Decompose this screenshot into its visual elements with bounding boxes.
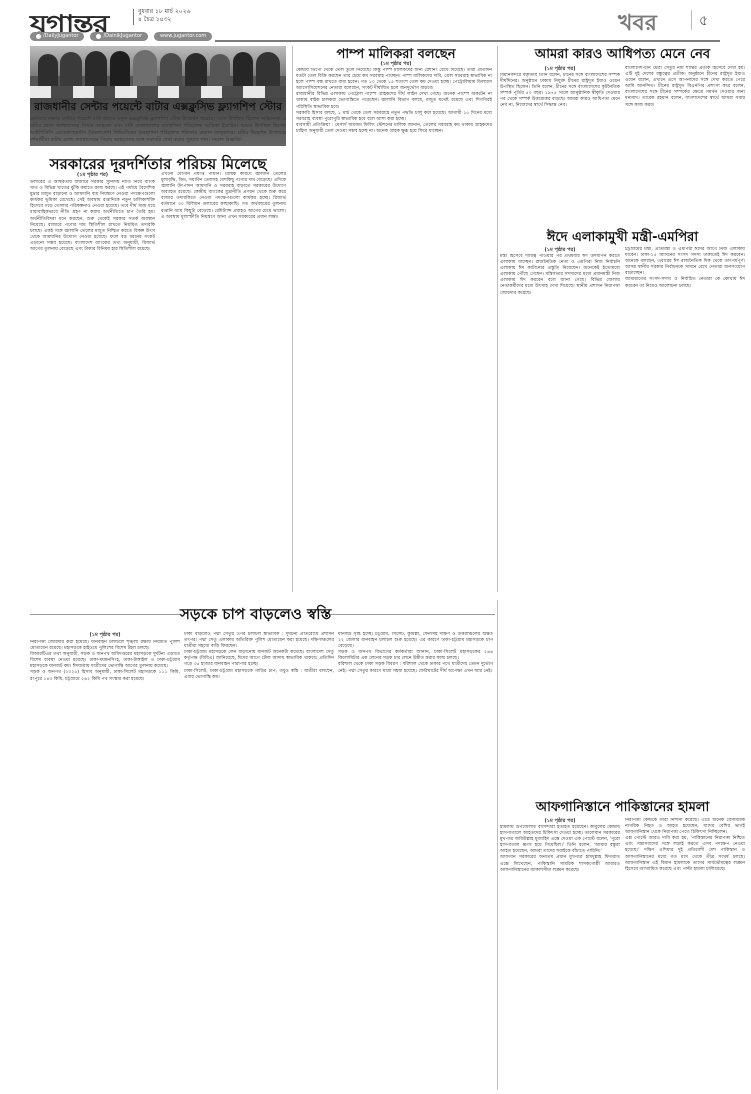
afghan-col-1: হামলায় উপজেলার বাসিন্দারা হতাহত হয়েছেন… xyxy=(500,825,620,1090)
social-links: /DailyJugantor /DainikJugantor www.jugan… xyxy=(30,32,212,41)
sarkar-text-1: ডলারের এ অস্থিরতায় বাজারে সরকার সুনির্দ… xyxy=(30,180,155,253)
sadak-col-3: যানজট সৃষ্টি হচ্ছে। চট্টগ্রাম, সিলেট, কু… xyxy=(338,632,493,1090)
facebook-icon xyxy=(36,34,41,39)
facebook-link[interactable]: /DailyJugantor xyxy=(30,32,84,41)
sadak-col-1: নিরাপত্তা জোরদার করা হয়েছে। যানবাহন চলা… xyxy=(30,640,180,1090)
eid-text-2: চট্টগ্রামের মন্ত্রী, প্রতিমন্ত্রী ও এমপি… xyxy=(625,247,745,290)
section-name: খবর xyxy=(618,6,657,43)
eid-text-1: মন্ত্রী হিসেবে দায়িত্ব পাওয়ার পর প্রথম… xyxy=(500,254,620,297)
column-divider xyxy=(497,600,498,1090)
date-gregorian: বুধবার ১৮ মার্চ ২০২৬ xyxy=(138,8,191,16)
sarkar-col-1: ডলারের এ অস্থিরতায় বাজারে সরকার সুনির্দ… xyxy=(30,180,155,590)
date-separator xyxy=(133,9,134,25)
page-separator xyxy=(691,10,692,30)
afghan-text-2: নিরাপত্তা কেন্দ্রকে তারা নিশানা করেছে। এ… xyxy=(625,818,745,873)
afghan-col-2: নিরাপত্তা কেন্দ্রকে তারা নিশানা করেছে। এ… xyxy=(625,818,745,1090)
amra-text-1: বিমানবন্দরে বক্তৃতায় তিনি বলেন, চীনের স… xyxy=(500,73,620,110)
website-label: www.jugantor.com xyxy=(160,33,206,40)
headline-amra[interactable]: আমরা কারও আধিপত্য মেনে নেব xyxy=(500,45,745,66)
headline-afghan[interactable]: আফগানিস্তানে পাকিস্তানের হামলা xyxy=(500,798,745,819)
pump-text: কেন্দ্রীয় ডিপো থেকে তেল তুলে নিয়েছে। ক… xyxy=(296,68,492,135)
sarkar-col-2: এখনো যোগান পর্যাপ্ত পায়নি। বৈশ্বিক কারণ… xyxy=(161,172,286,590)
headline-eid[interactable]: ঈদে এলাকামুখী মন্ত্রী-এমপিরা xyxy=(500,228,745,249)
amra-text-2: বাংলাদেশ-চীন মৈত্রী সেতুর নাম শান্তির প্… xyxy=(625,66,745,109)
column-divider xyxy=(497,46,498,592)
date-bangla: ৪ চৈত্র ১৪৩২ xyxy=(138,16,191,24)
photo-caption: রোববার ঢাকার সেন্টার পয়েন্টে বাটা তাদের… xyxy=(30,116,286,144)
youtube-label: /DainikJugantor xyxy=(103,33,142,40)
amra-col-2: বাংলাদেশ-চীন মৈত্রী সেতুর নাম শান্তির প্… xyxy=(625,66,745,221)
continued-sadak: (১ম পৃষ্ঠার পর) xyxy=(30,632,180,640)
date-block: বুধবার ১৮ মার্চ ২০২৬ ৪ চৈত্র ১৪৩২ xyxy=(138,8,191,24)
sadak-rule-left xyxy=(30,614,180,615)
youtube-link[interactable]: /DainikJugantor xyxy=(90,32,148,41)
facebook-label: /DailyJugantor xyxy=(43,33,78,40)
continued-sarkar: (১ম পৃষ্ঠার পর) xyxy=(30,172,155,180)
sadak-text-3: যানজট সৃষ্টি হচ্ছে। চট্টগ্রাম, সিলেট, কু… xyxy=(338,632,493,675)
sarkar-text-2: এখনো যোগান পর্যাপ্ত পায়নি। বৈশ্বিক কারণ… xyxy=(161,172,286,221)
afghan-text-1: হামলায় উপজেলার বাসিন্দারা হতাহত হয়েছেন… xyxy=(500,825,620,874)
eid-col-1: মন্ত্রী হিসেবে দায়িত্ব পাওয়ার পর প্রথম… xyxy=(500,254,620,784)
pump-col: কেন্দ্রীয় ডিপো থেকে তেল তুলে নিয়েছে। ক… xyxy=(296,68,492,590)
ribbon-banner xyxy=(30,86,286,98)
amra-col-1: বিমানবন্দরে বক্তৃতায় তিনি বলেন, চীনের স… xyxy=(500,73,620,221)
headline-sadak[interactable]: সড়কে চাপ বাড়লেও স্বস্তি xyxy=(180,603,320,628)
sadak-rule-right xyxy=(330,614,495,615)
eid-col-2: চট্টগ্রামের মন্ত্রী, প্রতিমন্ত্রী ও এমপি… xyxy=(625,247,745,784)
sadak-text-1: নিরাপত্তা জোরদার করা হয়েছে। যানবাহন চলা… xyxy=(30,640,180,683)
photo-headline[interactable]: রাজধানীর সেন্টার পয়েন্টে বাটার এক্সক্লু… xyxy=(30,100,286,117)
masthead: যুগান্তর বুধবার ১৮ মার্চ ২০২৬ ৪ চৈত্র ১৪… xyxy=(0,0,751,44)
sadak-text-2: ঢাকা বাড়লেও পদ্মা সেতুর ওপর চলাচল স্বাভ… xyxy=(184,632,334,681)
column-divider xyxy=(292,46,293,592)
page-number: ৫ xyxy=(699,9,708,33)
website-link[interactable]: www.jugantor.com xyxy=(154,32,212,41)
youtube-icon xyxy=(96,34,101,39)
sadak-col-2: ঢাকা বাড়লেও পদ্মা সেতুর ওপর চলাচল স্বাভ… xyxy=(184,632,334,1090)
